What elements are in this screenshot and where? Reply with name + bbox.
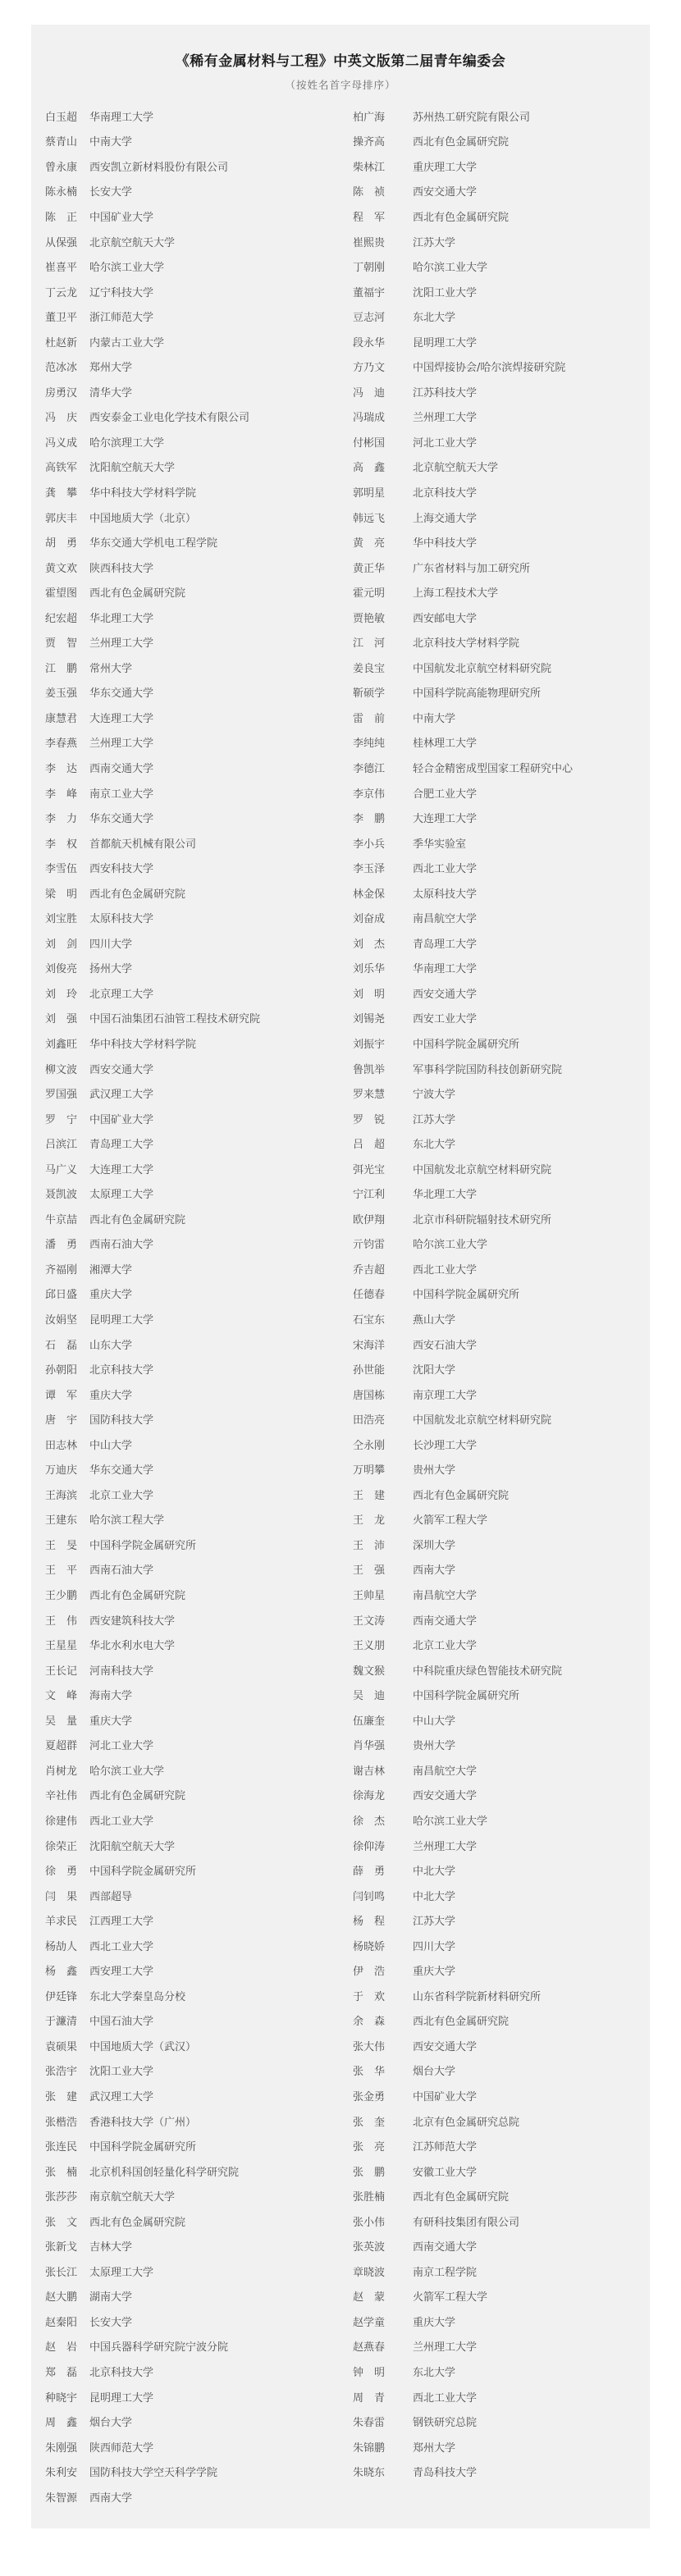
member-name: 王海滨 [45, 1487, 78, 1502]
member-affiliation: 沈阳工业大学 [413, 284, 477, 299]
member-row: 薛 勇 中北大学 [353, 1857, 648, 1883]
member-row: 罗国强 武汉理工大学 [45, 1080, 349, 1106]
member-name: 冯瑞成 [353, 409, 386, 424]
member-affiliation: 哈尔滨工业大学 [89, 1762, 164, 1778]
member-affiliation: 中国航发北京航空材料研究院 [413, 1161, 551, 1176]
member-row: 王建东 哈尔滨工程大学 [45, 1507, 349, 1532]
member-row: 张连民 中国科学院金属研究所 [45, 2133, 349, 2158]
member-row: 伊 浩 重庆大学 [353, 1957, 648, 1983]
member-affiliation: 郑州大学 [89, 359, 132, 374]
member-name: 柳文波 [45, 1061, 78, 1076]
sort-order-note: （按姓名首字母排序） [31, 77, 650, 92]
member-affiliation: 青岛科技大学 [413, 2464, 477, 2479]
member-affiliation: 有研科技集团有限公司 [413, 2213, 519, 2229]
member-row: 王帅星 南昌航空大学 [353, 1582, 648, 1607]
member-affiliation: 江西理工大学 [89, 1912, 153, 1928]
member-affiliation: 西安理工大学 [89, 1962, 153, 1978]
member-name: 万明攀 [353, 1461, 386, 1477]
member-row: 王 强 西南大学 [353, 1557, 648, 1583]
member-row: 从保强 北京航空航天大学 [45, 229, 349, 254]
member-name: 杨晓娇 [353, 1938, 386, 1953]
member-name: 马广义 [45, 1161, 78, 1176]
member-name: 白玉超 [45, 108, 78, 124]
member-name: 吴 量 [45, 1712, 78, 1728]
member-affiliation: 西安交通大学 [413, 2038, 477, 2053]
member-name: 文 峰 [45, 1687, 78, 1702]
member-affiliation: 兰州理工大学 [413, 2338, 477, 2354]
member-affiliation: 火箭军工程大学 [413, 2288, 487, 2304]
member-row: 朱锦鹏 郑州大学 [353, 2434, 648, 2460]
member-row: 徐 杰 哈尔滨工业大学 [353, 1807, 648, 1833]
member-row: 霍望图 西北有色金属研究院 [45, 579, 349, 605]
member-row: 辛社伟 西北有色金属研究院 [45, 1783, 349, 1808]
member-name: 李 权 [45, 835, 78, 851]
member-row: 张 亮 江苏师范大学 [353, 2133, 648, 2158]
member-name: 赵学童 [353, 2313, 386, 2329]
member-name: 羊求民 [45, 1912, 78, 1928]
member-name: 石宝东 [353, 1311, 386, 1327]
member-affiliation: 北京科技大学 [89, 2364, 153, 2379]
member-affiliation: 中国石油集团石油管工程技术研究院 [89, 1010, 260, 1025]
member-name: 柴林江 [353, 158, 386, 174]
member-row: 赵 蒙 火箭军工程大学 [353, 2284, 648, 2309]
member-name: 刘宝胜 [45, 910, 78, 925]
member-row: 宋海洋 西安石油大学 [353, 1331, 648, 1357]
member-row: 丁云龙 辽宁科技大学 [45, 279, 349, 304]
member-row: 朱春雷 钢铁研究总院 [353, 2409, 648, 2434]
member-row: 章晓波 南京工程学院 [353, 2259, 648, 2284]
member-name: 徐 勇 [45, 1862, 78, 1878]
member-affiliation: 首都航天机械有限公司 [89, 835, 196, 851]
member-row: 王 旻 中国科学院金属研究所 [45, 1532, 349, 1557]
member-row: 王 平 西南石油大学 [45, 1557, 349, 1583]
member-row: 吴 量 重庆大学 [45, 1707, 349, 1733]
member-name: 赵大鹏 [45, 2288, 78, 2304]
member-affiliation: 西安建筑科技大学 [89, 1612, 175, 1628]
member-row: 袁硕果 中国地质大学（武汉） [45, 2033, 349, 2058]
member-row: 齐福刚 湘潭大学 [45, 1256, 349, 1281]
member-affiliation: 西南交通大学 [413, 1612, 477, 1628]
member-affiliation: 西北有色金属研究院 [413, 133, 509, 148]
member-row: 牛京喆 西北有色金属研究院 [45, 1206, 349, 1231]
member-affiliation: 哈尔滨工业大学 [413, 258, 487, 274]
member-name: 张浩宇 [45, 2062, 78, 2078]
member-name: 张 奎 [353, 2113, 386, 2129]
member-row: 张 华 烟台大学 [353, 2058, 648, 2084]
member-affiliation: 中国地质大学（北京） [89, 509, 196, 525]
member-row: 万迪庆 华东交通大学 [45, 1457, 349, 1482]
member-row: 李小兵 季华实验室 [353, 830, 648, 856]
member-row: 刘宝胜 太原科技大学 [45, 906, 349, 931]
member-name: 刘锡尧 [353, 1010, 386, 1025]
member-affiliation: 中山大学 [89, 1436, 132, 1452]
member-affiliation: 西北工业大学 [89, 1938, 153, 1953]
member-affiliation: 武汉理工大学 [89, 2088, 153, 2103]
member-name: 李春燕 [45, 734, 78, 750]
member-row: 姜良宝 中国航发北京航空材料研究院 [353, 655, 648, 680]
member-row: 张 楠 北京机科国创轻量化科学研究院 [45, 2158, 349, 2184]
member-affiliation: 东北大学秦皇岛分校 [89, 1988, 185, 2003]
member-name: 齐福刚 [45, 1261, 78, 1277]
member-name: 张小伟 [353, 2213, 386, 2229]
member-affiliation: 常州大学 [89, 660, 132, 675]
member-row: 方乃文 中国焊接协会/哈尔滨焊接研究院 [353, 354, 648, 379]
member-affiliation: 长安大学 [89, 183, 132, 199]
member-affiliation: 中国矿业大学 [413, 2088, 477, 2103]
member-affiliation: 昆明理工大学 [89, 2389, 153, 2405]
member-name: 张胜楠 [353, 2188, 386, 2204]
member-affiliation: 西南大学 [89, 2489, 132, 2505]
member-name: 黄 亮 [353, 534, 386, 550]
member-row: 张新戈 吉林大学 [45, 2233, 349, 2259]
member-row: 乔吉超 西北工业大学 [353, 1256, 648, 1281]
member-name: 伍廉奎 [353, 1712, 386, 1728]
member-name: 陈永楠 [45, 183, 78, 199]
member-row: 贾艳敏 西安邮电大学 [353, 605, 648, 630]
member-affiliation: 湖南大学 [89, 2288, 132, 2304]
member-affiliation: 西北工业大学 [413, 1261, 477, 1277]
member-row: 张长江 太原理工大学 [45, 2259, 349, 2284]
member-affiliation: 东北大学 [413, 308, 455, 324]
member-affiliation: 上海工程技术大学 [413, 584, 498, 600]
member-row: 文 峰 海南大学 [45, 1682, 349, 1707]
member-affiliation: 哈尔滨理工大学 [89, 434, 164, 450]
member-affiliation: 郑州大学 [413, 2439, 455, 2455]
member-row: 李雪伍 西安科技大学 [45, 855, 349, 880]
member-name: 黄文欢 [45, 560, 78, 575]
member-name: 朱刚强 [45, 2439, 78, 2455]
member-row: 李纯纯 桂林理工大学 [353, 730, 648, 756]
member-row: 刘 剑 四川大学 [45, 930, 349, 956]
member-name: 徐仰涛 [353, 1838, 386, 1853]
member-row: 周 鑫 烟台大学 [45, 2409, 349, 2434]
member-affiliation: 西北有色金属研究院 [89, 2213, 185, 2229]
member-name: 谢吉林 [353, 1762, 386, 1778]
member-name: 罗 宁 [45, 1111, 78, 1126]
member-name: 张大伟 [353, 2038, 386, 2053]
member-affiliation: 宁波大学 [413, 1085, 455, 1101]
member-name: 聂凯波 [45, 1185, 78, 1201]
member-row: 刘俊亮 扬州大学 [45, 956, 349, 981]
member-name: 李纯纯 [353, 734, 386, 750]
member-name: 唐国栋 [353, 1386, 386, 1402]
member-name: 王星星 [45, 1637, 78, 1652]
member-affiliation: 中南大学 [89, 133, 132, 148]
member-row: 蔡青山 中南大学 [45, 129, 349, 154]
member-affiliation: 青岛理工大学 [89, 1135, 153, 1151]
member-name: 程 军 [353, 208, 386, 224]
member-row: 于 欢 山东省科学院新材料研究所 [353, 1983, 648, 2008]
member-affiliation: 江苏大学 [413, 1912, 455, 1928]
member-affiliation: 西北有色金属研究院 [413, 2012, 509, 2028]
member-row: 段永华 昆明理工大学 [353, 329, 648, 354]
member-row: 冯 迪 江苏科技大学 [353, 379, 648, 404]
member-row: 谢吉林 南昌航空大学 [353, 1757, 648, 1783]
member-affiliation: 青岛理工大学 [413, 935, 477, 951]
member-affiliation: 大连理工大学 [89, 1161, 153, 1176]
member-row: 万明攀 贵州大学 [353, 1457, 648, 1482]
member-name: 王 平 [45, 1561, 78, 1577]
member-name: 李雪伍 [45, 860, 78, 875]
member-affiliation: 长安大学 [89, 2313, 132, 2329]
member-row: 钟 明 东北大学 [353, 2359, 648, 2384]
member-row: 唐国栋 南京理工大学 [353, 1382, 648, 1407]
member-affiliation: 北京工业大学 [89, 1487, 153, 1502]
member-name: 张楷浩 [45, 2113, 78, 2129]
member-name: 董卫平 [45, 308, 78, 324]
member-name: 郭明星 [353, 484, 386, 500]
member-name: 闫 果 [45, 1888, 78, 1903]
member-row: 王 沛 深圳大学 [353, 1532, 648, 1557]
member-row: 刘 玲 北京理工大学 [45, 980, 349, 1006]
member-name: 赵秦阳 [45, 2313, 78, 2329]
member-affiliation: 西安凯立新材料股份有限公司 [89, 158, 228, 174]
member-name: 赵 岩 [45, 2338, 78, 2354]
member-name: 陈 祯 [353, 183, 386, 199]
member-affiliation: 西安交通大学 [413, 183, 477, 199]
member-row: 罗来慧 宁波大学 [353, 1080, 648, 1106]
member-name: 孙世能 [353, 1361, 386, 1377]
member-row: 吴 迪 中国科学院金属研究所 [353, 1682, 648, 1707]
member-name: 薛 勇 [353, 1862, 386, 1878]
member-affiliation: 中国矿业大学 [89, 208, 153, 224]
member-row: 林金保 太原科技大学 [353, 880, 648, 906]
member-row: 李 达 西南交通大学 [45, 755, 349, 780]
member-row: 王 伟 西安建筑科技大学 [45, 1607, 349, 1633]
member-name: 田浩亮 [353, 1411, 386, 1427]
member-name: 伊 浩 [353, 1962, 386, 1978]
member-name: 雷 前 [353, 710, 386, 725]
member-row: 肖树龙 哈尔滨工业大学 [45, 1757, 349, 1783]
member-name: 王建东 [45, 1511, 78, 1527]
member-row: 张莎莎 南京航空航天大学 [45, 2183, 349, 2208]
member-affiliation: 江苏大学 [413, 1111, 455, 1126]
member-affiliation: 钢铁研究总院 [413, 2414, 477, 2429]
member-name: 郭庆丰 [45, 509, 78, 525]
member-row: 王文涛 西南交通大学 [353, 1607, 648, 1633]
member-affiliation: 西北有色金属研究院 [89, 1211, 185, 1226]
member-name: 朱锦鹏 [353, 2439, 386, 2455]
member-row: 陈 祯 西安交通大学 [353, 179, 648, 204]
member-affiliation: 中山大学 [413, 1712, 455, 1728]
member-affiliation: 中国科学院金属研究所 [413, 1687, 519, 1702]
member-affiliation: 重庆大学 [89, 1286, 132, 1301]
member-row: 徐仰涛 兰州理工大学 [353, 1833, 648, 1858]
member-row: 韩远飞 上海交通大学 [353, 505, 648, 530]
member-row: 郭明星 北京科技大学 [353, 479, 648, 505]
member-affiliation: 重庆大学 [89, 1712, 132, 1728]
member-row: 李春燕 兰州理工大学 [45, 730, 349, 756]
member-row: 田志林 中山大学 [45, 1432, 349, 1457]
member-row: 郭庆丰 中国地质大学（北京） [45, 505, 349, 530]
member-name: 章晓波 [353, 2263, 386, 2279]
member-name: 宁江利 [353, 1185, 386, 1201]
member-affiliation: 北京科技大学 [413, 484, 477, 500]
member-name: 谭 军 [45, 1386, 78, 1402]
member-affiliation: 兰州理工大学 [89, 634, 153, 650]
member-name: 王少鹏 [45, 1587, 78, 1602]
member-affiliation: 华中科技大学材料学院 [89, 484, 196, 500]
member-affiliation: 西南交通大学 [89, 760, 153, 775]
member-row: 柴林江 重庆理工大学 [353, 153, 648, 179]
member-row: 纪宏超 华北理工大学 [45, 605, 349, 630]
member-affiliation: 燕山大学 [413, 1311, 455, 1327]
member-row: 梁 明 西北有色金属研究院 [45, 880, 349, 906]
member-affiliation: 沈阳大学 [413, 1361, 455, 1377]
member-name: 杜赵新 [45, 334, 78, 349]
member-row: 白玉超 华南理工大学 [45, 103, 349, 129]
member-name: 余 森 [353, 2012, 386, 2028]
member-row: 于濂清 中国石油大学 [45, 2008, 349, 2034]
member-affiliation: 大连理工大学 [413, 810, 477, 825]
member-name: 操齐高 [353, 133, 386, 148]
member-row: 杨 程 江苏大学 [353, 1907, 648, 1933]
member-name: 肖树龙 [45, 1762, 78, 1778]
member-row: 石 磊 山东大学 [45, 1331, 349, 1357]
member-name: 弭光宝 [353, 1161, 386, 1176]
member-name: 江 鹏 [45, 660, 78, 675]
member-row: 王义朋 北京工业大学 [353, 1632, 648, 1657]
member-affiliation: 兰州理工大学 [413, 1838, 477, 1853]
member-affiliation: 河南科技大学 [89, 1662, 153, 1678]
member-row: 田浩亮 中国航发北京航空材料研究院 [353, 1406, 648, 1432]
member-affiliation: 西安工业大学 [413, 1010, 477, 1025]
member-name: 张莎莎 [45, 2188, 78, 2204]
member-row: 黄文欢 陕西科技大学 [45, 555, 349, 580]
member-name: 王 伟 [45, 1612, 78, 1628]
member-name: 任德春 [353, 1286, 386, 1301]
member-row: 赵燕春 兰州理工大学 [353, 2334, 648, 2359]
member-name: 郑 磊 [45, 2364, 78, 2379]
member-affiliation: 军事科学院国防科技创新研究院 [413, 1061, 562, 1076]
member-affiliation: 中国科学院金属研究所 [413, 1286, 519, 1301]
member-name: 王义朋 [353, 1637, 386, 1652]
member-name: 杨 鑫 [45, 1962, 78, 1978]
member-name: 刘 剑 [45, 935, 78, 951]
member-name: 朱利安 [45, 2464, 78, 2479]
member-name: 杨劼人 [45, 1938, 78, 1953]
member-row: 房勇汉 清华大学 [45, 379, 349, 404]
member-affiliation: 西北有色金属研究院 [89, 885, 185, 901]
member-name: 霍元明 [353, 584, 386, 600]
member-affiliation: 哈尔滨工业大学 [89, 258, 164, 274]
member-affiliation: 武汉理工大学 [89, 1085, 153, 1101]
member-name: 罗国强 [45, 1085, 78, 1101]
member-row: 柳文波 西安交通大学 [45, 1056, 349, 1081]
member-row: 张 奎 北京有色金属研究总院 [353, 2108, 648, 2134]
member-row: 张 建 武汉理工大学 [45, 2083, 349, 2108]
member-affiliation: 西安交通大学 [89, 1061, 153, 1076]
member-row: 罗 锐 江苏大学 [353, 1106, 648, 1131]
member-name: 董福宇 [353, 284, 386, 299]
member-name: 袁硕果 [45, 2038, 78, 2053]
member-row: 赵 岩 中国兵器科学研究院宁波分院 [45, 2334, 349, 2359]
member-row: 丁朝刚 哈尔滨工业大学 [353, 253, 648, 279]
member-row: 张浩宇 沈阳工业大学 [45, 2058, 349, 2084]
member-row: 张胜楠 西北有色金属研究院 [353, 2183, 648, 2208]
member-affiliation: 西南石油大学 [89, 1235, 153, 1251]
member-affiliation: 沈阳航空航天大学 [89, 459, 175, 474]
member-name: 刘 玲 [45, 985, 78, 1001]
member-name: 吕滨江 [45, 1135, 78, 1151]
member-row: 王海滨 北京工业大学 [45, 1482, 349, 1507]
member-affiliation: 辽宁科技大学 [89, 284, 153, 299]
member-affiliation: 季华实验室 [413, 835, 466, 851]
member-affiliation: 昆明理工大学 [413, 334, 477, 349]
member-row: 杨晓娇 四川大学 [353, 1933, 648, 1958]
member-name: 钟 明 [353, 2364, 386, 2379]
member-affiliation: 北京工业大学 [413, 1637, 477, 1652]
member-row: 刘 强 中国石油集团石油管工程技术研究院 [45, 1006, 349, 1031]
member-row: 冯 庆 西安泰金工业电化学技术有限公司 [45, 404, 349, 430]
member-name: 欧伊翔 [353, 1211, 386, 1226]
member-row: 王 龙 火箭军工程大学 [353, 1507, 648, 1532]
member-row: 贾 智 兰州理工大学 [45, 629, 349, 655]
member-name: 王 龙 [353, 1511, 386, 1527]
member-row: 张 文 西北有色金属研究院 [45, 2208, 349, 2234]
member-row: 石宝东 燕山大学 [353, 1306, 648, 1331]
member-affiliation: 西北有色金属研究院 [89, 1587, 185, 1602]
member-affiliation: 南昌航空大学 [413, 910, 477, 925]
member-row: 任德春 中国科学院金属研究所 [353, 1281, 648, 1307]
member-affiliation: 北京有色金属研究总院 [413, 2113, 519, 2129]
member-affiliation: 华东交通大学 [89, 810, 153, 825]
member-row: 董福宇 沈阳工业大学 [353, 279, 648, 304]
member-name: 曾永康 [45, 158, 78, 174]
member-row: 曾永康 西安凯立新材料股份有限公司 [45, 153, 349, 179]
member-affiliation: 哈尔滨工业大学 [413, 1235, 487, 1251]
page-title: 《稀有金属材料与工程》中英文版第二届青年编委会 [31, 25, 650, 70]
member-name: 王长记 [45, 1662, 78, 1678]
member-row: 吕 超 东北大学 [353, 1130, 648, 1156]
member-name: 王帅星 [353, 1587, 386, 1602]
member-name: 崔熙贵 [353, 234, 386, 249]
member-affiliation: 哈尔滨工业大学 [413, 1812, 487, 1828]
member-affiliation: 河北工业大学 [89, 1737, 153, 1752]
member-row: 郑 磊 北京科技大学 [45, 2359, 349, 2384]
member-row: 弭光宝 中国航发北京航空材料研究院 [353, 1156, 648, 1181]
member-row: 杜赵新 内蒙古工业大学 [45, 329, 349, 354]
member-row: 伍廉奎 中山大学 [353, 1707, 648, 1733]
member-row: 邱日盛 重庆大学 [45, 1281, 349, 1307]
member-affiliation: 沈阳工业大学 [89, 2062, 153, 2078]
member-row: 宁江利 华北理工大学 [353, 1181, 648, 1207]
member-row: 李德江 轻合金精密成型国家工程研究中心 [353, 755, 648, 780]
member-affiliation: 桂林理工大学 [413, 734, 477, 750]
member-name: 张 鹏 [353, 2163, 386, 2179]
member-name: 刘乐华 [353, 960, 386, 975]
member-name: 乔吉超 [353, 1261, 386, 1277]
member-row: 靳硕学 中国科学院高能物理研究所 [353, 680, 648, 706]
member-name: 杨 程 [353, 1912, 386, 1928]
member-name: 邱日盛 [45, 1286, 78, 1301]
member-row: 王长记 河南科技大学 [45, 1657, 349, 1683]
member-affiliation: 陕西师范大学 [89, 2439, 153, 2455]
member-affiliation: 太原理工大学 [89, 2263, 153, 2279]
member-name: 李 力 [45, 810, 78, 825]
member-name: 冯义成 [45, 434, 78, 450]
member-row: 孙朝阳 北京科技大学 [45, 1356, 349, 1382]
member-affiliation: 太原理工大学 [89, 1185, 153, 1201]
member-affiliation: 清华大学 [89, 384, 132, 400]
member-affiliation: 江苏师范大学 [413, 2138, 477, 2154]
member-affiliation: 西北工业大学 [413, 860, 477, 875]
member-name: 冯 庆 [45, 409, 78, 424]
member-name: 赵燕春 [353, 2338, 386, 2354]
member-name: 陈 正 [45, 208, 78, 224]
member-row: 余 森 西北有色金属研究院 [353, 2008, 648, 2034]
member-name: 张 文 [45, 2213, 78, 2229]
